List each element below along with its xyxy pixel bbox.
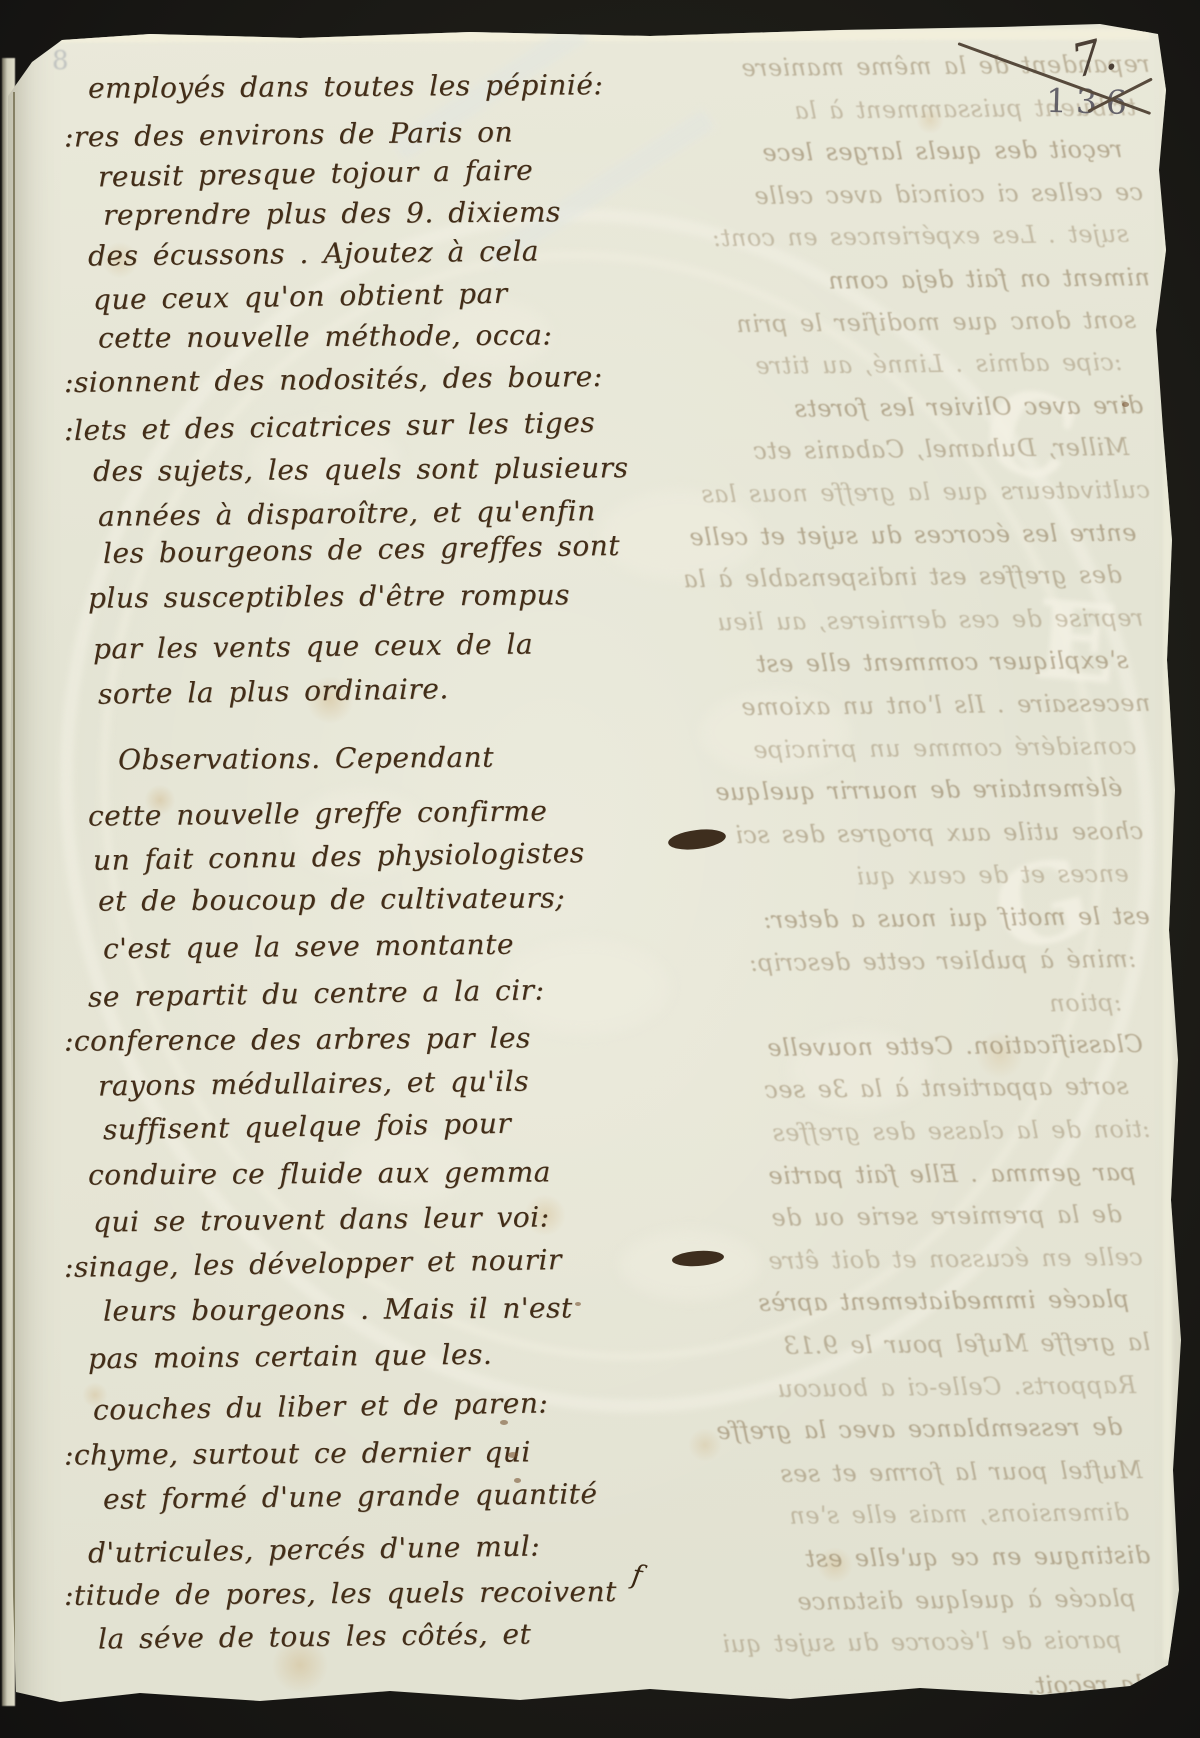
bleedthrough-text-line: Classification. Cette nouvelle [767, 1030, 1143, 1062]
bleedthrough-text-line: dimensions, mais elle s'en [789, 1499, 1129, 1531]
bleedthrough-text-line: est le motif qui nous a deter: [763, 902, 1150, 934]
manuscript-text-line: leurs bourgeons . Mais il n'est [103, 1291, 573, 1327]
bleedthrough-text-line: :cipe admis . Linné, au titre [755, 348, 1123, 380]
deckle-right-edge [1163, 60, 1172, 1660]
manuscript-text-line: d'utricules, percés d'une mul: [88, 1529, 541, 1569]
manuscript-text-line: qui se trouvent dans leur voi: [93, 1200, 550, 1238]
ink-fleck [514, 1478, 521, 1483]
manuscript-text-line: se repartit du centre a la cir: [88, 973, 545, 1013]
manuscript-text-line: sorte la plus ordinaire. [98, 672, 449, 711]
bleedthrough-text-line: de ressemblance avec la greffe [716, 1413, 1123, 1445]
bleedthrough-text-line: :tion de la classe des greffes [771, 1115, 1150, 1147]
ink-fleck [508, 1452, 518, 1458]
manuscript-text-line: reusit presque tojour a faire [98, 154, 534, 194]
manuscript-text-line: :chyme, surtout ce dernier qui [64, 1435, 531, 1471]
bleedthrough-text-line: sorte appartient à la 3e sec [764, 1072, 1129, 1104]
bleedthrough-text-line: élémentaire de nourrir quelque [714, 774, 1122, 806]
bleedthrough-text-line: reprise de ces dernieres, au lieu [717, 604, 1144, 636]
ghost-numeral: 8 [52, 46, 69, 76]
scan-background: C E G repandent de la même manieretribue… [0, 0, 1200, 1738]
manuscript-text-line: suffisent quelque fois pour [103, 1107, 512, 1146]
bleedthrough-text-line: dire avec Olivier les forets [794, 391, 1143, 423]
manuscript-text-line: que ceux qu'on obtient par [93, 277, 508, 317]
bleedthrough-text-line: necessaire . Ils l'ont un axiome [741, 689, 1151, 721]
torn-top-edge [30, 29, 1150, 43]
manuscript-text-line: Observations. Cependant [118, 741, 494, 777]
bleedthrough-text-line: entre les écorces du sujet et celle [688, 518, 1136, 551]
bleedthrough-text-line: Muftel pour la forme et ses [780, 1456, 1143, 1488]
manuscript-text-line: par les vents que ceux de la [93, 628, 533, 666]
ink-blot [667, 827, 727, 853]
ink-fleck [500, 1420, 508, 1425]
bleedthrough-text-line: Rapports. Celle-ci a boucou [777, 1371, 1136, 1403]
bleedthrough-text-line: la greffe Mufel pour le 9.13 [783, 1328, 1150, 1360]
manuscript-text-line: plus susceptibles d'être rompus [88, 578, 570, 614]
bleedthrough-text-line: parois de l'écorce du sujet qui [722, 1626, 1122, 1658]
bleedthrough-text-line: reçoit des quels larges lece [761, 135, 1122, 167]
bleedthrough-text-line: niment on fait deja conn [828, 263, 1150, 294]
manuscript-text-line: et de boucoup de cultivateurs; [98, 881, 565, 917]
bleedthrough-text-line: s'expliquer comment elle est [756, 646, 1129, 678]
bleedthrough-text-line: distingue en ce qu'elle est [805, 1541, 1150, 1573]
manuscript-text-line: des sujets, les quels sont plusieurs [93, 451, 629, 488]
manuscript-text-line: :sionnent des nodosités, des boure: [64, 360, 603, 399]
bleedthrough-text-line: ce celles ci coincid avec celle [754, 178, 1143, 210]
manuscript-text-line: rayons médullaires, et qu'ils [98, 1065, 529, 1103]
ink-squiggle: f [630, 1559, 645, 1591]
manuscript-text-line: :lets et des cicatrices sur les tiges [64, 406, 596, 447]
manuscript-text-line: :sinage, les développer et nourir [64, 1243, 562, 1284]
bleedthrough-text-line: des greffes est indispensable à la [683, 561, 1122, 594]
bleedthrough-text-line: de la premiere serie ou de [771, 1200, 1122, 1232]
manuscript-text-line: est formé d'une grande quantité [103, 1477, 598, 1516]
manuscript-text-line: cette nouvelle méthode, occa: [98, 318, 553, 354]
manuscript-text-line: la séve de tous les côtés, et [98, 1618, 532, 1656]
manuscript-text-line: couches du liber et de paren: [93, 1386, 549, 1426]
manuscript-text-line: :conference des arbres par les [64, 1021, 531, 1057]
bleedthrough-text-line: ences et de ceux qui [856, 860, 1129, 891]
gutter-fold-line [13, 92, 15, 1697]
manuscript-text-line: :titude de pores, les quels recoivent [64, 1575, 617, 1612]
manuscript-page: C E G repandent de la même manieretribue… [0, 0, 1200, 1738]
manuscript-text-line: les bourgeons de ces greffes sont [103, 529, 620, 570]
manuscript-text-line: des écussons . Ajoutez à cela [88, 234, 539, 272]
bleedthrough-text-line: :ption [1049, 989, 1122, 1018]
manuscript-text-line: employés dans toutes les pépinié: [88, 68, 604, 105]
ink-fleck [1122, 402, 1129, 407]
manuscript-text-line: reprendre plus des 9. dixiems [103, 195, 561, 231]
bleedthrough-text-line: par gemma . Elle fait partie [768, 1158, 1136, 1190]
bleedthrough-text-line: cultivateurs que la greffe nous las [701, 476, 1150, 509]
manuscript-text-line: c'est que la seve montante [103, 928, 514, 966]
bleedthrough-text-line: sujet . Les expériences en cont: [712, 220, 1129, 252]
bleedthrough-text-line: placée à quelque distance [797, 1584, 1136, 1616]
bleedthrough-text-line: celle en écusson et doit être [768, 1243, 1143, 1275]
ink-fleck [575, 1302, 581, 1306]
manuscript-text-line: un fait connu des physiologistes [93, 836, 585, 877]
manuscript-text-line: :res des environs de Paris on [64, 115, 513, 153]
bleedthrough-text-line: considéré comme un principe [752, 732, 1136, 764]
bleedthrough-text-line: Miller, Duhamel, Cabanis etc [753, 433, 1129, 465]
bleedthrough-text-line: sont donc que modifier le prin [736, 305, 1136, 337]
manuscript-text-line: cette nouvelle greffe confirme [88, 794, 548, 832]
bleedthrough-text-line: :miné à publier cette descrip: [749, 945, 1137, 977]
manuscript-text-line: conduire ce fluide aux gemma [88, 1155, 551, 1191]
manuscript-text-line: années à disparoître, et qu'enfin [98, 494, 596, 533]
bleedthrough-text-line: chose utile aux progres des sci [735, 817, 1144, 849]
bleedthrough-text-line: placée immediatement après [758, 1285, 1129, 1317]
bleedthrough-text-line: la reçoit. [1027, 1670, 1143, 1699]
ink-blot [672, 1249, 725, 1268]
manuscript-text-line: pas moins certain que les. [88, 1338, 493, 1376]
